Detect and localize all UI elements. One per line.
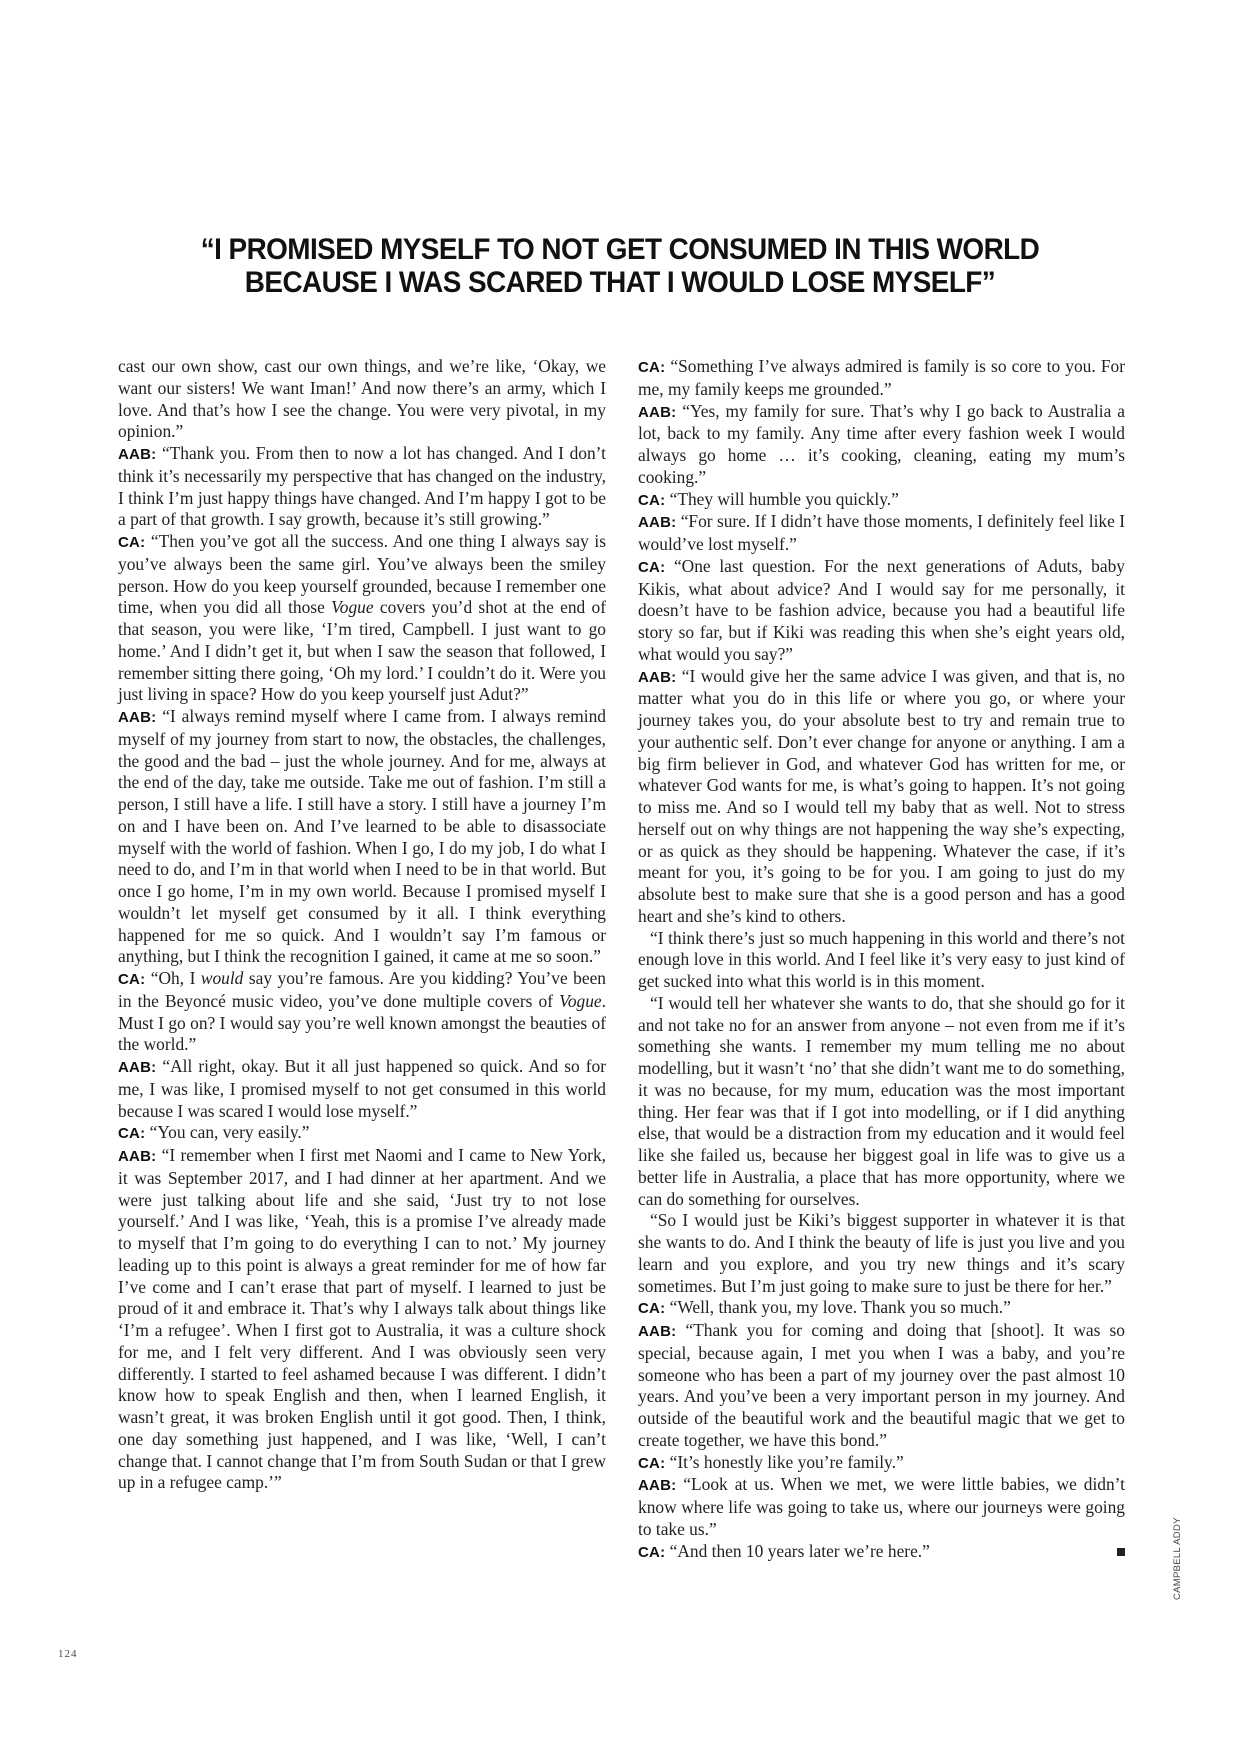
paragraph-text: “Thank you. From then to now a lot has c… [118,443,606,529]
interview-paragraph: CA: “You can, very easily.” [118,1122,606,1145]
interview-paragraph: CA: “And then 10 years later we’re here.… [638,1541,1125,1564]
headline-line-1: “I PROMISED MYSELF TO NOT GET CONSUMED I… [136,233,1103,266]
paragraph-text: “One last question. For the next generat… [638,556,1125,664]
interview-paragraph: AAB: “Thank you for coming and doing tha… [638,1320,1125,1452]
italic-title: Vogue [331,597,374,617]
speaker-label: CA: [638,559,665,576]
interview-paragraph: “So I would just be Kiki’s biggest suppo… [638,1210,1125,1297]
interview-paragraph: CA: “Oh, I would say you’re famous. Are … [118,968,606,1056]
speaker-label: AAB: [638,1323,676,1340]
speaker-label: CA: [638,359,665,376]
italic-title: Vogue [559,991,602,1011]
speaker-label: CA: [638,1455,665,1472]
interview-paragraph: “I think there’s just so much happening … [638,928,1125,993]
interview-paragraph: cast our own show, cast our own things, … [118,356,606,443]
interview-paragraph: AAB: “All right, okay. But it all just h… [118,1056,606,1122]
paragraph-text: “Look at us. When we met, we were little… [638,1474,1125,1539]
interview-paragraph: AAB: “I would give her the same advice I… [638,666,1125,928]
interview-paragraph: AAB: “Yes, my family for sure. That’s wh… [638,401,1125,489]
speaker-label: AAB: [118,1059,156,1076]
speaker-label: AAB: [638,514,676,531]
paragraph-text: “And then 10 years later we’re here.” [670,1541,930,1561]
interview-paragraph: AAB: “For sure. If I didn’t have those m… [638,511,1125,556]
interview-paragraph: AAB: “I always remind myself where I cam… [118,706,606,968]
speaker-label: AAB: [638,669,676,686]
paragraph-text: “I remember when I first met Naomi and I… [118,1145,606,1492]
paragraph-text: “All right, okay. But it all just happen… [118,1056,606,1121]
interview-paragraph: AAB: “Thank you. From then to now a lot … [118,443,606,531]
paragraph-text: “So I would just be Kiki’s biggest suppo… [638,1210,1125,1295]
speaker-label: AAB: [118,709,156,726]
speaker-label: CA: [638,492,665,509]
speaker-label: CA: [118,971,145,988]
interview-paragraph: AAB: “I remember when I first met Naomi … [118,1145,606,1494]
speaker-label: CA: [638,1544,665,1561]
paragraph-text: “For sure. If I didn’t have those moment… [638,511,1125,554]
paragraph-text: “I always remind myself where I came fro… [118,706,606,966]
paragraph-text: “They will humble you quickly.” [670,489,899,509]
interview-paragraph: AAB: “Look at us. When we met, we were l… [638,1474,1125,1540]
italic-emphasis: would [201,968,244,988]
speaker-label: AAB: [118,1148,156,1165]
interview-paragraph: CA: “Something I’ve always admired is fa… [638,356,1125,401]
paragraph-text: “I would tell her whatever she wants to … [638,993,1125,1209]
paragraph-text: “You can, very easily.” [150,1122,310,1142]
right-column: CA: “Something I’ve always admired is fa… [638,356,1125,1563]
paragraph-text: “I would give her the same advice I was … [638,666,1125,926]
paragraph-text: cast our own show, cast our own things, … [118,356,606,441]
photo-credit: CAMPBELL ADDY [1172,1517,1183,1600]
paragraph-text: “Yes, my family for sure. That’s why I g… [638,401,1125,487]
interview-paragraph: CA: “They will humble you quickly.” [638,489,1125,512]
speaker-label: CA: [118,1125,145,1142]
headline-line-2: BECAUSE I WAS SCARED THAT I WOULD LOSE M… [136,266,1103,299]
interview-paragraph: CA: “It’s honestly like you’re family.” [638,1452,1125,1475]
paragraph-text: “Thank you for coming and doing that [sh… [638,1320,1125,1450]
pull-quote-headline: “I PROMISED MYSELF TO NOT GET CONSUMED I… [136,233,1103,299]
page-number: 124 [58,1648,78,1660]
paragraph-text: “Well, thank you, my love. Thank you so … [670,1297,1011,1317]
speaker-label: AAB: [118,446,156,463]
paragraph-text: “It’s honestly like you’re family.” [670,1452,904,1472]
speaker-label: AAB: [638,1477,676,1494]
paragraph-text: “Then you’ve got all the success. And on… [118,531,606,704]
interview-paragraph: “I would tell her whatever she wants to … [638,993,1125,1211]
interview-paragraph: CA: “One last question. For the next gen… [638,556,1125,666]
paragraph-text: “Oh, I would say you’re famous. Are you … [118,968,606,1054]
speaker-label: AAB: [638,404,676,421]
speaker-label: CA: [638,1300,665,1317]
interview-paragraph: CA: “Then you’ve got all the success. An… [118,531,606,706]
end-of-article-square-icon [1117,1548,1125,1556]
interview-paragraph: CA: “Well, thank you, my love. Thank you… [638,1297,1125,1320]
paragraph-text: “Something I’ve always admired is family… [638,356,1125,399]
speaker-label: CA: [118,534,145,551]
paragraph-text: “I think there’s just so much happening … [638,928,1125,992]
left-column: cast our own show, cast our own things, … [118,356,606,1494]
